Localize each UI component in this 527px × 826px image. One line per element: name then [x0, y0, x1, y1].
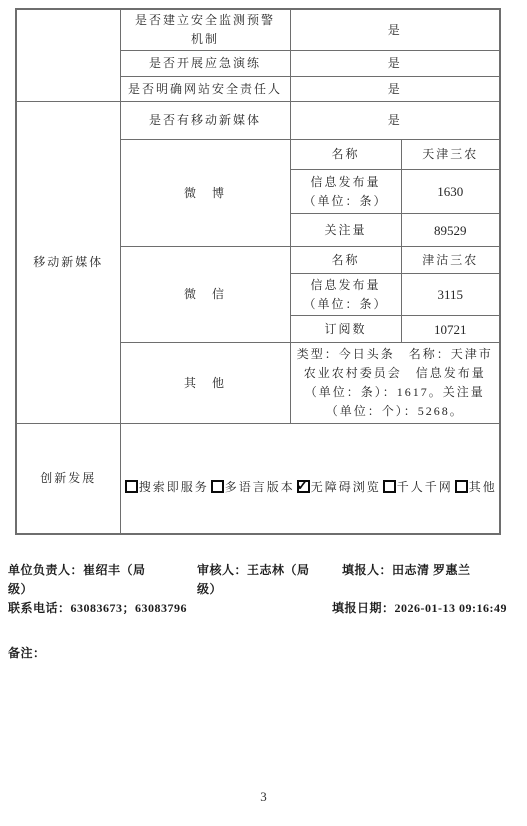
checkbox-icon	[211, 480, 224, 493]
security-monitor-value: 是	[290, 9, 500, 51]
security-drill-value: 是	[290, 51, 500, 77]
security-responsible-label: 是否明确网站安全责任人	[120, 77, 290, 102]
weibo-followers-value: 89529	[401, 214, 500, 247]
security-drill-label: 是否开展应急演练	[120, 51, 290, 77]
innovation-option: 多语言版本	[209, 478, 295, 497]
has-mobile-media-label: 是否有移动新媒体	[120, 102, 290, 140]
weibo-name-label: 名称	[290, 140, 401, 170]
group-cell-empty	[16, 9, 120, 102]
group-cell-mobile-media: 移动新媒体	[16, 102, 120, 424]
other-media-group-cell: 其 他	[120, 343, 290, 424]
page-number: 3	[0, 789, 527, 805]
wechat-group-cell: 微 信	[120, 247, 290, 343]
weibo-followers-label: 关注量	[290, 214, 401, 247]
wechat-subscribers-label: 订阅数	[290, 316, 401, 343]
document-page: 是否建立安全监测预警 机制 是 是否开展应急演练 是 是否明确网站安全责任人 是…	[0, 0, 527, 826]
innovation-option: 无障碍浏览	[295, 478, 381, 497]
weibo-group-cell: 微 博	[120, 140, 290, 247]
innovation-options-cell: 搜索即服务多语言版本无障碍浏览千人千网其他	[120, 424, 500, 534]
checkbox-icon	[125, 480, 138, 493]
other-media-detail: 类型：今日头条 名称：天津市 农业农村委员会 信息发布量 （单位：条）：1617…	[290, 343, 500, 424]
innovation-option: 搜索即服务	[123, 478, 209, 497]
security-monitor-label: 是否建立安全监测预警 机制	[120, 9, 290, 51]
wechat-subscribers-value: 10721	[401, 316, 500, 343]
filler: 填报人：田志清 罗惠兰	[342, 561, 522, 580]
weibo-publish-value: 1630	[401, 170, 500, 214]
checkbox-icon	[383, 480, 396, 493]
checkbox-checked-icon	[297, 480, 310, 493]
checkbox-label: 其他	[469, 480, 497, 494]
weibo-publish-label: 信息发布量 （单位：条）	[290, 170, 401, 214]
checkbox-label: 无障碍浏览	[311, 480, 381, 494]
weibo-name-value: 天津三农	[401, 140, 500, 170]
checkbox-label: 多语言版本	[225, 480, 295, 494]
fill-date: 填报日期：2026-01-13 09:16:49	[332, 599, 527, 618]
contact-phone: 联系电话：63083673；63083796	[8, 599, 268, 618]
unit-responsible-person: 单位负责人：崔绍丰（局 级）	[8, 561, 194, 599]
remarks-label: 备注：	[8, 644, 108, 663]
has-mobile-media-value: 是	[290, 102, 500, 140]
report-table: 是否建立安全监测预警 机制 是 是否开展应急演练 是 是否明确网站安全责任人 是…	[15, 8, 501, 535]
group-cell-innovation: 创新发展	[16, 424, 120, 534]
innovation-option: 千人千网	[381, 478, 453, 497]
checkbox-icon	[455, 480, 468, 493]
wechat-publish-value: 3115	[401, 274, 500, 316]
wechat-publish-label: 信息发布量 （单位：条）	[290, 274, 401, 316]
auditor: 审核人：王志林（局 级）	[197, 561, 337, 599]
security-responsible-value: 是	[290, 77, 500, 102]
checkbox-label: 搜索即服务	[139, 480, 209, 494]
checkbox-label: 千人千网	[397, 480, 453, 494]
wechat-name-value: 津沽三农	[401, 247, 500, 274]
innovation-option: 其他	[453, 478, 497, 497]
wechat-name-label: 名称	[290, 247, 401, 274]
